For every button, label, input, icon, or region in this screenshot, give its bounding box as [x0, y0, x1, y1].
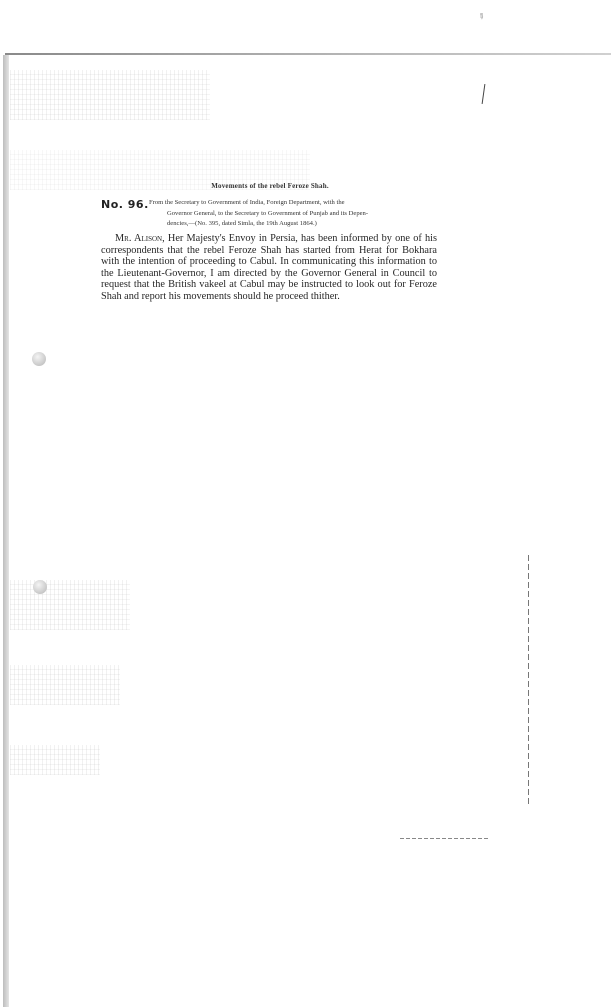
fold-line-horizontal — [400, 838, 490, 839]
document-title: Movements of the rebel Feroze Shah. — [100, 182, 440, 190]
margin-pen-mark — [482, 84, 486, 104]
bleed-through-speckle — [10, 580, 130, 630]
document-number: No. 96. — [101, 198, 149, 211]
page-top-edge — [5, 53, 611, 55]
letter-header: From the Secretary to Government of Indi… — [149, 198, 435, 230]
header-line-3: dencies,—(No. 395, dated Simla, the 19th… — [149, 219, 435, 230]
page-left-edge — [3, 55, 9, 1007]
letter-body: Mr. Alison, Her Majesty's Envoy in Persi… — [101, 233, 437, 303]
body-salutation: Mr. Alison — [115, 233, 162, 244]
header-line-1: From the Secretary to Government of Indi… — [149, 199, 345, 206]
bleed-through-speckle — [10, 70, 210, 120]
punch-hole — [33, 580, 47, 594]
corner-annotation: ✎ — [476, 11, 487, 22]
punch-hole — [32, 352, 46, 366]
header-line-2: Governor General, to the Secretary to Go… — [149, 209, 435, 220]
scanned-document-page: ✎ Movements of the rebel Feroze Shah. No… — [0, 0, 611, 1007]
bleed-through-speckle — [10, 665, 120, 705]
bleed-through-speckle — [10, 745, 100, 775]
fold-line-vertical — [528, 555, 529, 805]
